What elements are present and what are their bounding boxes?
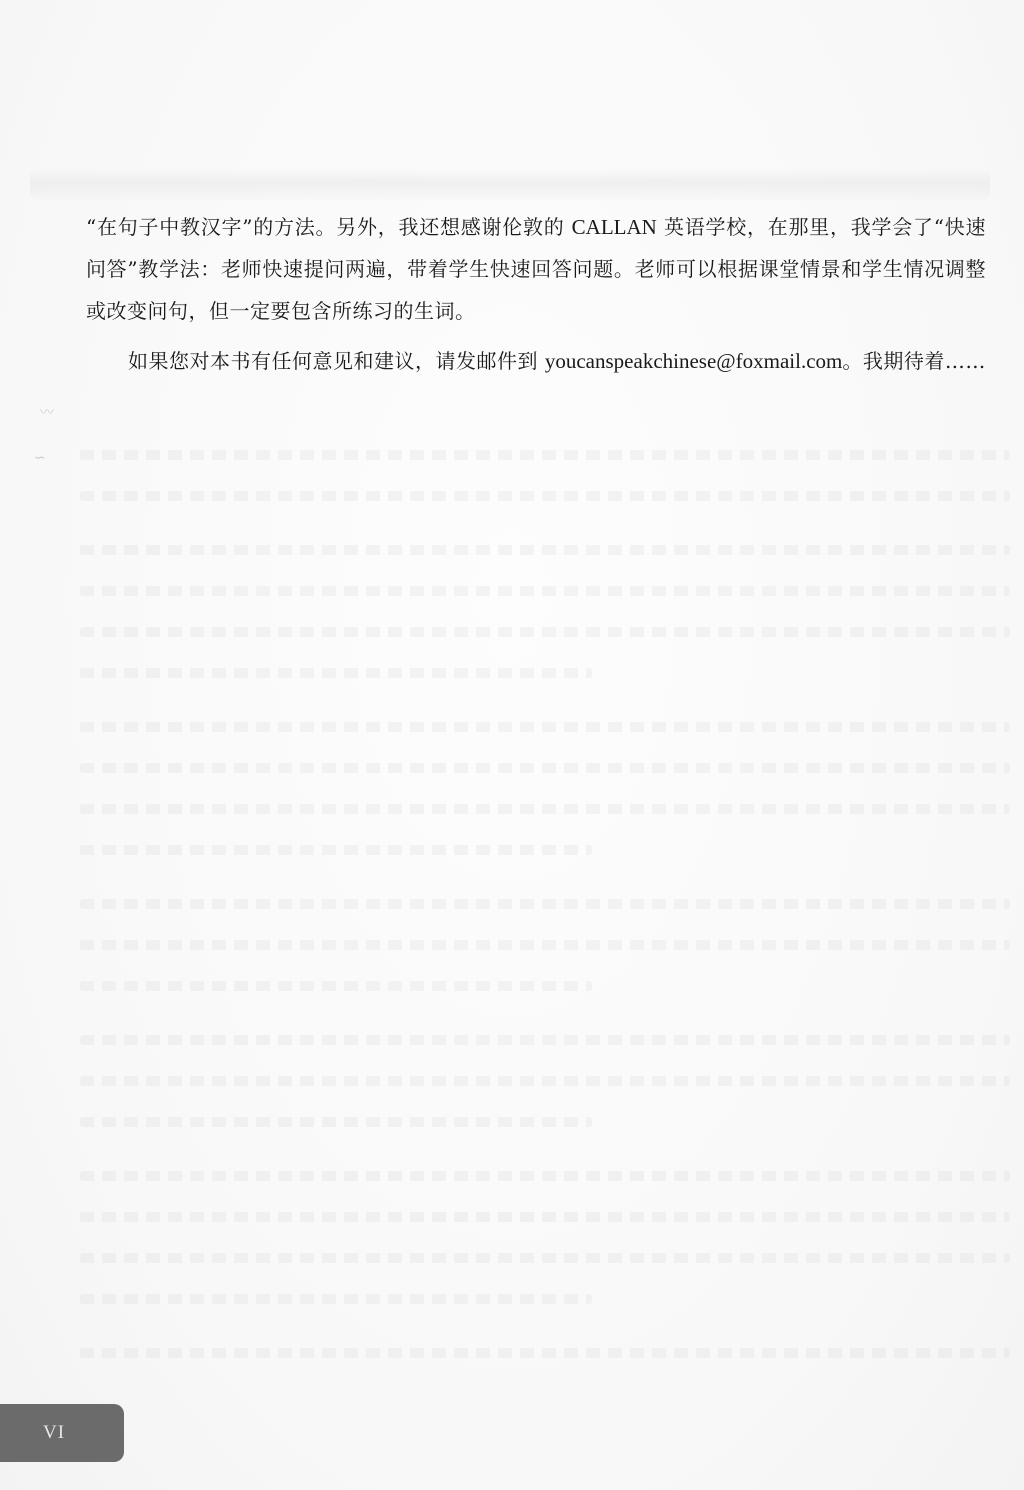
page-number: VI [43,1422,65,1444]
text-segment: 。我期待着…… [842,349,986,373]
scan-shadow-band [30,168,990,200]
scan-mark: ∽ [34,450,46,466]
scanned-page: “在句子中教汉字”的方法。另外，我还想感谢伦敦的 CALLAN 英语学校，在那里… [0,0,1024,1490]
text-segment: 如果您对本书有任何意见和建议，请发邮件到 [128,349,545,373]
scan-mark: 〰 [40,402,54,422]
paragraph-contact: 如果您对本书有任何意见和建议，请发邮件到 youcanspeakchinese@… [86,340,986,382]
paragraph-acknowledgement: “在句子中教汉字”的方法。另外，我还想感谢伦敦的 CALLAN 英语学校，在那里… [86,206,986,332]
body-text: “在句子中教汉字”的方法。另外，我还想感谢伦敦的 CALLAN 英语学校，在那里… [86,206,986,382]
school-name: CALLAN [572,215,657,239]
bleed-through-text [80,450,1010,1389]
page-number-tab: VI [0,1404,124,1462]
email-address: youcanspeakchinese@foxmail.com [545,349,843,373]
text-segment: “在句子中教汉字”的方法。另外，我还想感谢伦敦的 [86,215,572,239]
